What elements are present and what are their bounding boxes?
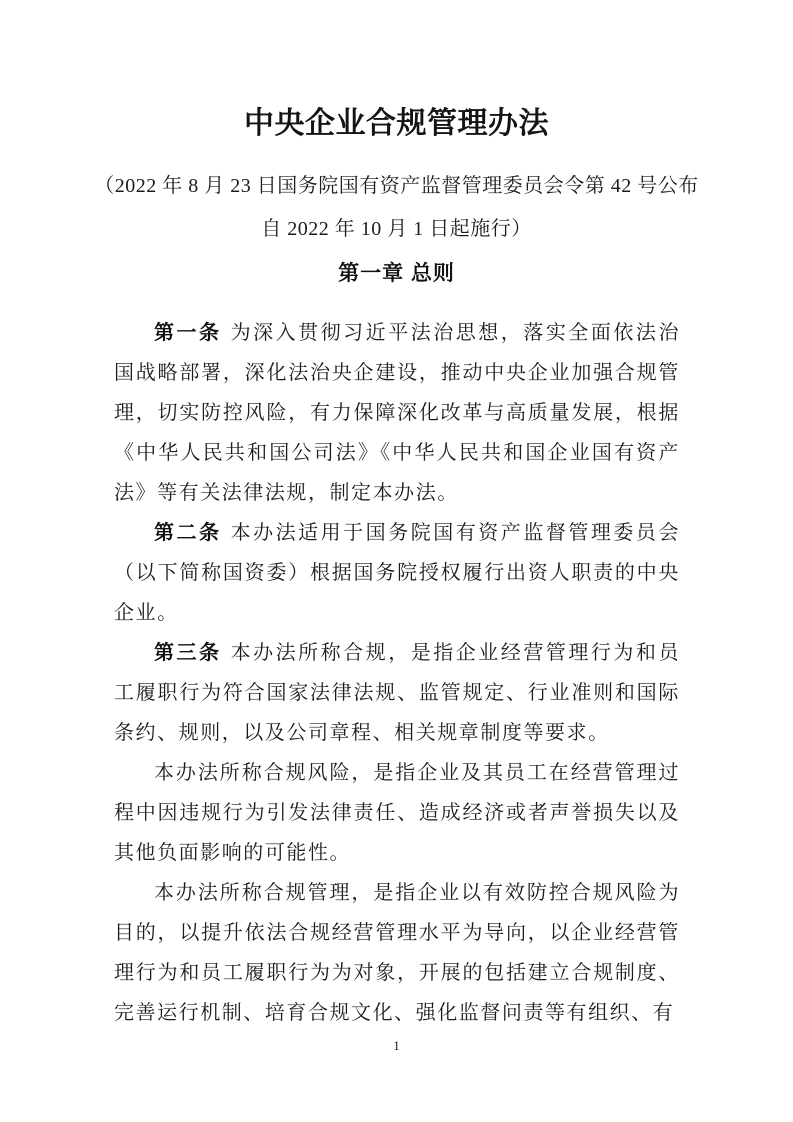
- chapter-heading: 第一章 总则: [0, 261, 793, 287]
- document-subtitle: （2022 年 8 月 23 日国务院国有资产监督管理委员会令第 42 号公布 …: [0, 165, 793, 251]
- document-body: 第一条为深入贯彻习近平法治思想，落实全面依法治国战略部署，深化法治央企建设，推动…: [114, 313, 680, 1033]
- paragraph-article-1: 第一条为深入贯彻习近平法治思想，落实全面依法治国战略部署，深化法治央企建设，推动…: [114, 313, 680, 513]
- paragraph-text: 本办法所称合规风险，是指企业及其员工在经营管理过程中因违规行为引发法律责任、造成…: [114, 762, 680, 864]
- paragraph-definition-risk: 本办法所称合规风险，是指企业及其员工在经营管理过程中因违规行为引发法律责任、造成…: [114, 753, 680, 873]
- page-footer: 1: [0, 1038, 793, 1054]
- article-number: 第三条: [154, 642, 222, 664]
- subtitle-line-1: （2022 年 8 月 23 日国务院国有资产监督管理委员会令第 42 号公布: [0, 165, 793, 208]
- article-number: 第一条: [154, 322, 222, 344]
- paragraph-article-2: 第二条本办法适用于国务院国有资产监督管理委员会（以下简称国资委）根据国务院授权履…: [114, 513, 680, 633]
- paragraph-article-3: 第三条本办法所称合规，是指企业经营管理行为和员工履职行为符合国家法律法规、监管规…: [114, 633, 680, 753]
- document-page: 中央企业合规管理办法 （2022 年 8 月 23 日国务院国有资产监督管理委员…: [0, 0, 793, 1122]
- paragraph-text: 为深入贯彻习近平法治思想，落实全面依法治国战略部署，深化法治央企建设，推动中央企…: [114, 322, 680, 504]
- subtitle-line-2: 自 2022 年 10 月 1 日起施行）: [0, 208, 793, 251]
- paragraph-definition-management: 本办法所称合规管理，是指企业以有效防控合规风险为目的，以提升依法合规经营管理水平…: [114, 873, 680, 1033]
- page-number: 1: [393, 1038, 400, 1053]
- paragraph-text: 本办法所称合规管理，是指企业以有效防控合规风险为目的，以提升依法合规经营管理水平…: [114, 882, 680, 1024]
- article-number: 第二条: [154, 522, 222, 544]
- document-title: 中央企业合规管理办法: [0, 0, 793, 141]
